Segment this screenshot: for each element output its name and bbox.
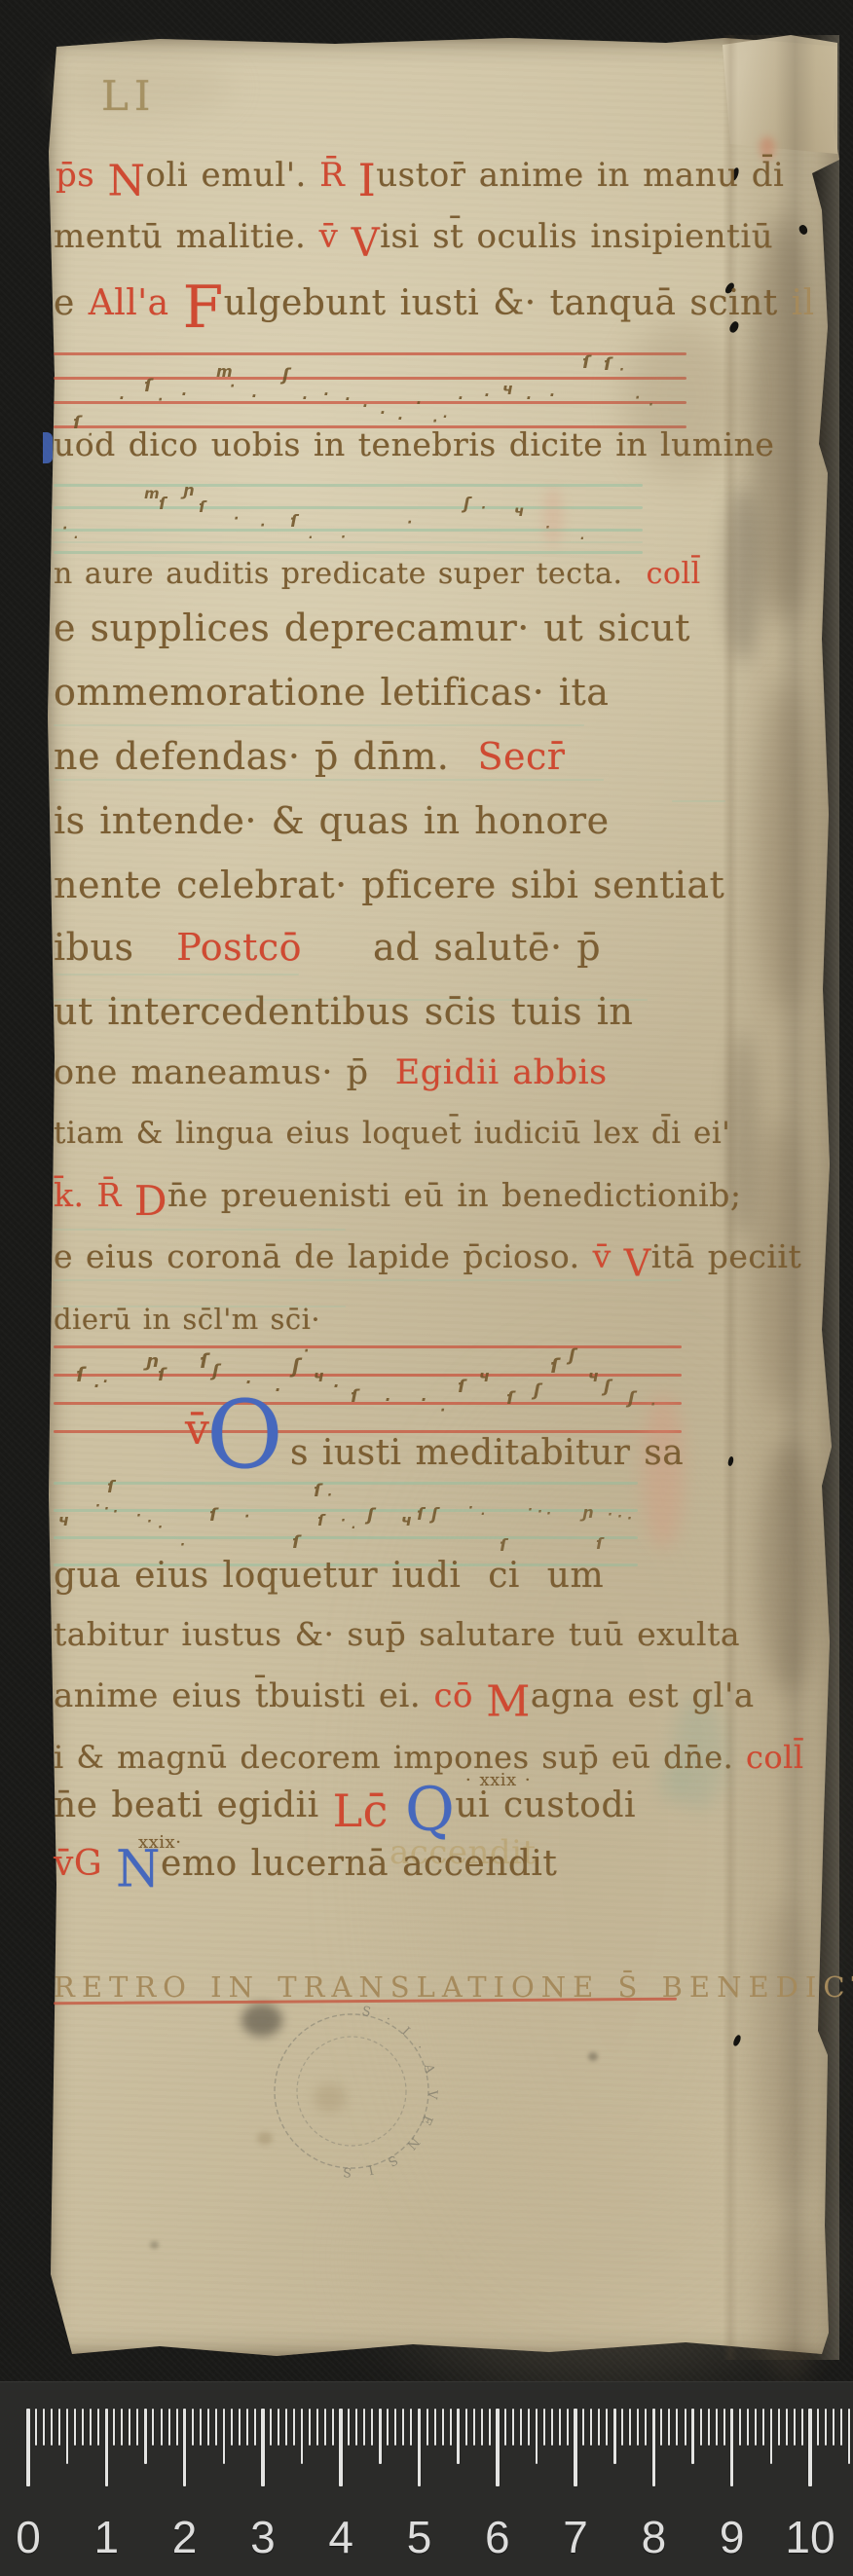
ruling-line <box>672 800 725 802</box>
page-corner-flap <box>723 35 837 154</box>
neume-mark: · <box>304 1344 309 1358</box>
neume-mark: ſ <box>292 1534 300 1552</box>
neume-mark: ʃ <box>534 1382 540 1400</box>
neume-mark: ʃ <box>282 367 289 385</box>
ruler-tick-mm <box>426 2409 428 2446</box>
ruler-tick-cm <box>496 2409 500 2486</box>
line-postcommunio: ibus Postcō ad salutē· p̄ <box>54 929 601 968</box>
neume-mark: · <box>341 532 346 544</box>
neume-mark: ч <box>514 504 524 519</box>
line-os-iusti: s iusti meditabitur sa <box>290 1435 684 1472</box>
neume-mark: ɲ <box>582 1505 593 1521</box>
ruler-tick-mm <box>51 2409 53 2446</box>
neume-mark: · <box>244 1510 249 1524</box>
text-segment: ui custodi <box>455 1785 636 1825</box>
ruler-number-9: 9 <box>720 2511 745 2563</box>
ruler-tick-mm <box>473 2409 475 2446</box>
ruler-tick-mm <box>676 2409 678 2446</box>
text-segment: coll̄ <box>647 557 701 591</box>
ruler-tick-mm <box>817 2409 819 2446</box>
ruler-tick-mm <box>371 2409 373 2446</box>
text-segment: gua eius loquetur iudi ci um <box>54 1556 604 1596</box>
neume-mark: . <box>103 1372 108 1385</box>
neume-mark: ʃ <box>367 1507 374 1525</box>
ruler-tick-mm <box>231 2409 233 2446</box>
neume-mark: · <box>260 519 265 533</box>
neume-mark: ſ <box>199 499 205 515</box>
ruler-tick-cm <box>730 2409 734 2486</box>
staff-green-1-line <box>54 484 643 487</box>
neume-mark: . <box>352 1519 356 1530</box>
ruler-tick-mm <box>410 2409 412 2446</box>
ruler-tick-mm <box>97 2409 99 2446</box>
ruler-tick-mm <box>200 2409 202 2446</box>
text-segment: agna est gl'a <box>531 1676 755 1715</box>
ruler-tick-mm <box>176 2409 178 2446</box>
neume-mark: · <box>650 1398 655 1412</box>
ruler-tick-mm <box>121 2409 123 2446</box>
ruler-number-3: 3 <box>250 2511 276 2563</box>
ruler-tick-mm <box>755 2409 757 2446</box>
neume-mark: · <box>119 391 125 406</box>
neume-mark: · <box>608 1509 612 1522</box>
ruler-tick-mm <box>567 2409 569 2446</box>
neume-mark: ч <box>588 1369 599 1384</box>
staff-green-1-line <box>54 529 643 532</box>
ruler-tick-half <box>301 2409 304 2464</box>
neume-mark: · <box>181 387 187 402</box>
ruler-tick-mm <box>660 2409 662 2446</box>
ruler-tick-mm <box>512 2409 514 2446</box>
neume-mark: ʃ <box>212 1363 219 1380</box>
neume-mark: ʃ <box>431 1507 438 1524</box>
neume-mark: · <box>484 388 490 403</box>
text-segment: ibus <box>54 926 176 969</box>
line-fulgebunt: e All'a Fulgebunt iusti &· tanquā scint … <box>54 285 815 328</box>
ruler-tick-cm <box>418 2409 422 2486</box>
neume-mark: · <box>136 1510 141 1523</box>
text-segment: cō <box>433 1676 486 1715</box>
ruler-tick-mm <box>58 2409 60 2446</box>
text-segment: ulgebunt iusti &· tanquā scint <box>224 283 778 323</box>
ruler-tick-mm <box>520 2409 522 2446</box>
ruler-tick-mm <box>254 2409 256 2446</box>
text-segment: coll̄ <box>746 1739 804 1776</box>
stamp-text: S · I · A V E N S I S <box>337 2005 440 2180</box>
neume-mark: · <box>234 512 239 526</box>
text-segment: is intende· & quas in honore <box>54 799 610 842</box>
ruler-tick-mm <box>387 2409 389 2446</box>
neume-mark: ſ <box>500 1538 506 1555</box>
neume-mark: · <box>385 1392 390 1408</box>
neume-mark: · <box>302 391 308 406</box>
ruler-tick-cm <box>339 2409 343 2486</box>
neume-mark: · <box>333 1379 339 1394</box>
ruler-tick-mm <box>621 2409 623 2446</box>
ruling-line <box>54 541 643 543</box>
ruler-tick-mm <box>762 2409 764 2446</box>
neume-mark: · <box>545 522 550 534</box>
ruler-tick-mm <box>192 2409 194 2446</box>
neume-mark: · <box>380 406 386 421</box>
ruler-tick-mm <box>582 2409 584 2446</box>
neume-mark: · <box>93 1379 99 1394</box>
text-segment: p̄s <box>56 156 108 195</box>
text-segment: V <box>624 1241 651 1284</box>
ruler-tick-mm <box>700 2409 702 2446</box>
ruler-tick-mm <box>739 2409 741 2446</box>
ruler-tick-mm <box>152 2409 154 2446</box>
neume-mark: · <box>113 1506 118 1519</box>
neume-mark: ʃ <box>464 497 470 513</box>
staff-green-1-line <box>54 506 643 509</box>
line-dierum: dierū in sc̄l'm sc̄i· <box>54 1305 320 1334</box>
text-segment: v̄G <box>54 1844 116 1884</box>
neume-mark: . <box>481 1505 486 1517</box>
neume-mark: ſ <box>290 514 297 531</box>
neume-mark: · <box>62 522 67 535</box>
ruler-number-0: 0 <box>16 2511 41 2563</box>
ruler-tick-mm <box>543 2409 545 2446</box>
ruler-tick-mm <box>74 2409 76 2446</box>
line-commemoratione: ommemoratione letificas· ita <box>54 674 609 713</box>
staff-red-2-line <box>54 1402 682 1405</box>
ruler-tick-mm <box>637 2409 639 2446</box>
ruler-tick-half <box>66 2409 69 2464</box>
ruler-tick-mm <box>215 2409 217 2446</box>
ruler-tick-mm <box>309 2409 311 2446</box>
ruler-tick-mm <box>278 2409 279 2446</box>
ruler-number-6: 6 <box>485 2511 510 2563</box>
staff-red-2-line <box>54 1345 682 1348</box>
text-segment: v̄ <box>319 217 352 256</box>
neume-mark: · <box>158 1522 163 1534</box>
line-qui-custodi: n̄e beati egidii Lc̄ Qui custodi <box>54 1787 636 1830</box>
ruler-tick-mm <box>786 2409 788 2446</box>
text-segment: k̄. <box>54 1176 96 1214</box>
ruler-tick-mm <box>723 2409 725 2446</box>
text-segment: V <box>352 221 380 266</box>
neume-mark: ſ <box>604 356 612 374</box>
line-corona: e eius coronā de lapide p̄cioso. v̄ Vitā… <box>54 1240 801 1276</box>
text-segment: one maneamus· p̄ <box>54 1053 395 1092</box>
ruler-tick-mm <box>239 2409 241 2446</box>
line-mentum-malitie: mentū malitie. v̄ Visi st̄ oculis insipi… <box>54 220 773 257</box>
neume-mark: · <box>468 1502 473 1515</box>
ruler-tick-half <box>223 2409 226 2464</box>
ruler-number-10: 10 <box>785 2511 834 2563</box>
neume-mark: ɲ <box>146 1353 159 1371</box>
ruler-tick-mm <box>708 2409 710 2446</box>
line-gua-eius: gua eius loquetur iudi ci um <box>54 1558 604 1595</box>
ruler-tick-mm <box>840 2409 842 2446</box>
text-segment: Lc̄ <box>333 1785 405 1837</box>
ruler-tick-mm <box>716 2409 718 2446</box>
neume-mark: ʃ <box>569 1347 575 1365</box>
neume-mark: ſ <box>200 1351 208 1371</box>
neume-mark: · <box>323 387 329 402</box>
neume-mark: ʃ <box>628 1390 635 1408</box>
ruler-tick-mm <box>465 2409 467 2446</box>
text-segment: n̄e beati egidii <box>54 1785 333 1825</box>
line-decorem: i & magnū decorem impones sup̄ eū dn̄e. … <box>54 1742 804 1775</box>
line-supplices: e supplices deprecamur· ut sicut <box>54 609 690 648</box>
initial-o: O <box>206 1386 283 1485</box>
ruler-number-7: 7 <box>563 2511 588 2563</box>
neume-mark: · <box>158 393 163 407</box>
ruler-tick-mm <box>316 2409 318 2446</box>
text-segment: s iusti meditabitur sa <box>290 1433 684 1473</box>
neume-mark: · <box>147 1516 152 1528</box>
neume-mark: · <box>251 389 257 404</box>
ruler-tick-mm <box>606 2409 608 2446</box>
ruler-tick-mm <box>685 2409 686 2446</box>
text-segment: n̄e preuenisti eū in benedictionib; <box>167 1176 741 1214</box>
ruler-tick-mm <box>246 2409 248 2446</box>
ruler-tick-mm <box>794 2409 796 2446</box>
ruler-tick-mm <box>363 2409 365 2446</box>
neume-mark: . <box>309 529 314 540</box>
neume-mark: · <box>619 364 624 377</box>
neume-mark: · <box>458 391 464 406</box>
ruler-tick-cm <box>574 2409 577 2486</box>
ruler-number-2: 2 <box>172 2511 198 2563</box>
ruler-tick-mm <box>645 2409 647 2446</box>
text-segment: e supplices deprecamur· ut sicut <box>54 607 690 649</box>
neume-mark: . <box>443 408 448 421</box>
ruler-tick-mm <box>348 2409 350 2446</box>
text-segment: O <box>206 1380 283 1490</box>
neume-mark: · <box>341 1515 346 1527</box>
ruler-tick-cm <box>652 2409 656 2486</box>
neume-mark: · <box>397 412 403 426</box>
neume-mark: ſ <box>107 1480 114 1496</box>
ruler-tick-half <box>379 2409 382 2464</box>
neume-mark: · <box>617 1511 622 1524</box>
library-stamp: S · I · A V E N S I S <box>254 1994 449 2189</box>
text-segment: ad salutē· p̄ <box>302 926 601 969</box>
text-segment: tiam & lingua eius loquet̄ iudiciū lex d… <box>54 1116 730 1151</box>
neume-mark: ч <box>502 382 513 397</box>
ruler-tick-mm <box>551 2409 553 2446</box>
ruler-tick-cm <box>26 2409 30 2486</box>
text-segment: il <box>778 283 815 323</box>
text-segment: All'a <box>89 283 183 323</box>
neume-mark: · <box>407 516 412 530</box>
neume-mark: ſ <box>159 497 166 513</box>
text-segment: D <box>134 1177 167 1225</box>
ruler-tick-mm <box>559 2409 561 2446</box>
ruler-number-8: 8 <box>642 2511 667 2563</box>
neume-mark: · <box>95 1500 100 1513</box>
line-retro-struck: RETRO IN TRANSLATIONE S̄ BENEDICTI· <box>54 1972 853 2002</box>
neume-mark: · <box>230 380 235 393</box>
ruler-tick-mm <box>207 2409 209 2446</box>
ruler-tick-mm <box>35 2409 37 2446</box>
staff-green-2-line <box>54 1482 638 1485</box>
text-segment: n aure auditis predicate super tecta. <box>54 557 647 591</box>
ruler-tick-mm <box>450 2409 452 2446</box>
ruler-tick-mm <box>270 2409 272 2446</box>
ruling-line <box>54 779 604 781</box>
line-letabitur: tabitur iustus &· sup̄ salutare tuū exul… <box>54 1618 740 1652</box>
neume-mark: · <box>649 399 653 412</box>
ruler-tick-mm <box>442 2409 444 2446</box>
ruler-tick-mm <box>113 2409 115 2446</box>
ruler-tick-mm <box>129 2409 130 2446</box>
text-segment: R̄ <box>319 156 357 195</box>
ruler-tick-mm <box>504 2409 506 2446</box>
ruler-tick-mm <box>747 2409 749 2446</box>
ruling-line <box>54 1279 682 1281</box>
neume-mark: ſ <box>582 354 590 372</box>
ruler-tick-mm <box>598 2409 600 2446</box>
neume-mark: ſ <box>317 1513 324 1528</box>
ruler-number-4: 4 <box>328 2511 353 2563</box>
neume-mark: · <box>538 1506 542 1519</box>
trimmed-initial-fragment <box>43 432 53 463</box>
neume-mark: ſ <box>550 1356 559 1376</box>
ruler-tick-mm <box>293 2409 295 2446</box>
neume-mark: m <box>144 487 160 501</box>
neume-mark: ɲ <box>183 483 194 498</box>
manuscript-photo: LI ſ··ſ··m··ʃ········.··ч··ſſ····.mſɲſ··… <box>0 0 853 2576</box>
text-segment: ommemoratione letificas· ita <box>54 671 609 714</box>
text-segment: N <box>116 1840 161 1898</box>
ruling-line <box>54 724 584 726</box>
staff-red-1-line <box>54 352 686 355</box>
neume-mark: ч <box>58 1513 69 1528</box>
text-segment: i & magnū decorem impones sup̄ eū dn̄e. <box>54 1739 746 1776</box>
ruler-tick-cm <box>105 2409 109 2486</box>
text-segment: F <box>183 274 224 342</box>
text-segment: Egidii abbis <box>395 1053 608 1092</box>
ruler-tick-mm <box>285 2409 287 2446</box>
neume-mark: ч <box>479 1369 490 1384</box>
text-segment: mentū malitie. <box>54 217 319 256</box>
neume-mark: · <box>546 1508 551 1521</box>
ruler-tick-mm <box>668 2409 670 2446</box>
line-preuenisti: k̄. R̄ Dn̄e preuenisti eū in benediction… <box>54 1179 741 1216</box>
neume-mark: · <box>481 502 486 515</box>
line-in-aure: n aure auditis predicate super tecta. co… <box>54 559 701 590</box>
ruler-tick-cm <box>261 2409 265 2486</box>
neume-mark: ч <box>401 1513 412 1528</box>
neume-mark: ſ <box>506 1390 514 1408</box>
ruler-tick-mm <box>402 2409 404 2446</box>
neume-mark: · <box>635 391 640 405</box>
neume-mark: · <box>362 399 368 414</box>
ruler-tick-mm <box>629 2409 631 2446</box>
ruler: 012345678910 <box>0 2381 853 2576</box>
ruler-tick-mm <box>590 2409 592 2446</box>
neume-mark: · <box>345 392 351 407</box>
neume-mark: · <box>421 1392 426 1408</box>
neume-mark: . <box>74 529 79 540</box>
text-segment: N <box>108 157 146 206</box>
ruler-tick-mm <box>528 2409 530 2446</box>
neume-mark: ſ <box>351 1388 358 1406</box>
text-segment: ustor̄ anime in manu d̄i <box>376 156 784 195</box>
neume-mark: ſ <box>314 1483 321 1500</box>
ruler-number-5: 5 <box>407 2511 432 2563</box>
neume-mark: ʃ <box>604 1379 611 1396</box>
text-segment: R̄ <box>96 1176 133 1214</box>
ruler-tick-half <box>691 2409 694 2464</box>
line-noli-emulari: p̄s Noli emul'. R̄ Iustor̄ anime in manu… <box>56 159 784 197</box>
neume-mark: ſ <box>158 1367 166 1384</box>
ruler-tick-mm <box>90 2409 92 2446</box>
text-segment: M <box>486 1677 531 1727</box>
neume-mark: ſ <box>458 1379 465 1396</box>
ruler-tick-mm <box>43 2409 45 2446</box>
staff-green-1-line <box>54 551 643 554</box>
ruler-tick-half <box>770 2409 773 2464</box>
staff-red-1-line <box>54 401 686 404</box>
ruler-tick-mm <box>161 2409 163 2446</box>
ruler-tick-mm <box>136 2409 138 2446</box>
line-lingua-eius: tiam & lingua eius loquet̄ iudiciū lex d… <box>54 1118 730 1150</box>
ruler-tick-mm <box>168 2409 170 2446</box>
folio-number: LI <box>101 72 156 120</box>
line-intende: is intende· & quas in honore <box>54 802 610 841</box>
ruling-line <box>54 1229 346 1231</box>
ruler-tick-half <box>457 2409 460 2464</box>
ruler-tick-mm <box>355 2409 357 2446</box>
ruler-tick-mm <box>434 2409 436 2446</box>
stamp-inner-ring <box>297 2037 406 2146</box>
text-segment: tabitur iustus &· sup̄ salutare tuū exul… <box>54 1615 740 1653</box>
text-segment: Postcō <box>176 926 302 969</box>
line-intercedentibus: ut intercedentibus sc̄is tuis in <box>54 993 633 1032</box>
ruler-tick-half <box>848 2409 851 2464</box>
ruler-number-1: 1 <box>94 2511 120 2563</box>
line-magna-est: anime eius t̄buisti ei. cō Magna est gl'… <box>54 1679 755 1717</box>
ruler-tick-mm <box>778 2409 780 2446</box>
ruler-tick-mm <box>481 2409 483 2446</box>
neume-mark: · <box>104 1503 109 1516</box>
text-segment: v̄ <box>593 1237 624 1275</box>
text-segment: I <box>358 154 377 206</box>
neume-mark: . <box>580 530 585 541</box>
neume-mark: ʃ <box>292 1356 300 1376</box>
text-segment: dierū in sc̄l'm sc̄i· <box>54 1303 320 1336</box>
neume-mark: ſ <box>417 1507 424 1524</box>
ruler-tick-cm <box>183 2409 187 2486</box>
line-celebrat: nente celebrat· pficere sibi sentiat <box>54 866 724 905</box>
ruler-tick-mm <box>825 2409 827 2446</box>
ruler-tick-mm <box>324 2409 326 2446</box>
neume-mark: · <box>416 396 422 411</box>
staff-green-2-line <box>54 1536 638 1539</box>
ruler-tick-mm <box>489 2409 491 2446</box>
text-segment: nente celebrat· pficere sibi sentiat <box>54 864 724 906</box>
neume-mark: ч <box>314 1369 324 1384</box>
neume-mark: ſ <box>144 378 152 395</box>
text-segment: itā peciit <box>651 1237 802 1275</box>
ruler-tick-mm <box>82 2409 84 2446</box>
ruler-tick-half <box>613 2409 616 2464</box>
neume-mark: ſ <box>209 1507 217 1525</box>
neume-mark: · <box>549 388 555 403</box>
line-defendas: ne defendas· p̄ dn̄m. Secr̄ <box>54 738 565 777</box>
neume-mark: ſ <box>76 1365 85 1384</box>
ruler-tick-mm <box>833 2409 834 2446</box>
text-segment: ut intercedentibus sc̄is tuis in <box>54 990 633 1033</box>
text-segment: oli emul'. <box>146 156 320 195</box>
text-segment: ne defendas· p̄ dn̄m. <box>54 735 478 778</box>
text-segment: uod dico uobis in tenebris dicite in lum… <box>54 425 774 463</box>
